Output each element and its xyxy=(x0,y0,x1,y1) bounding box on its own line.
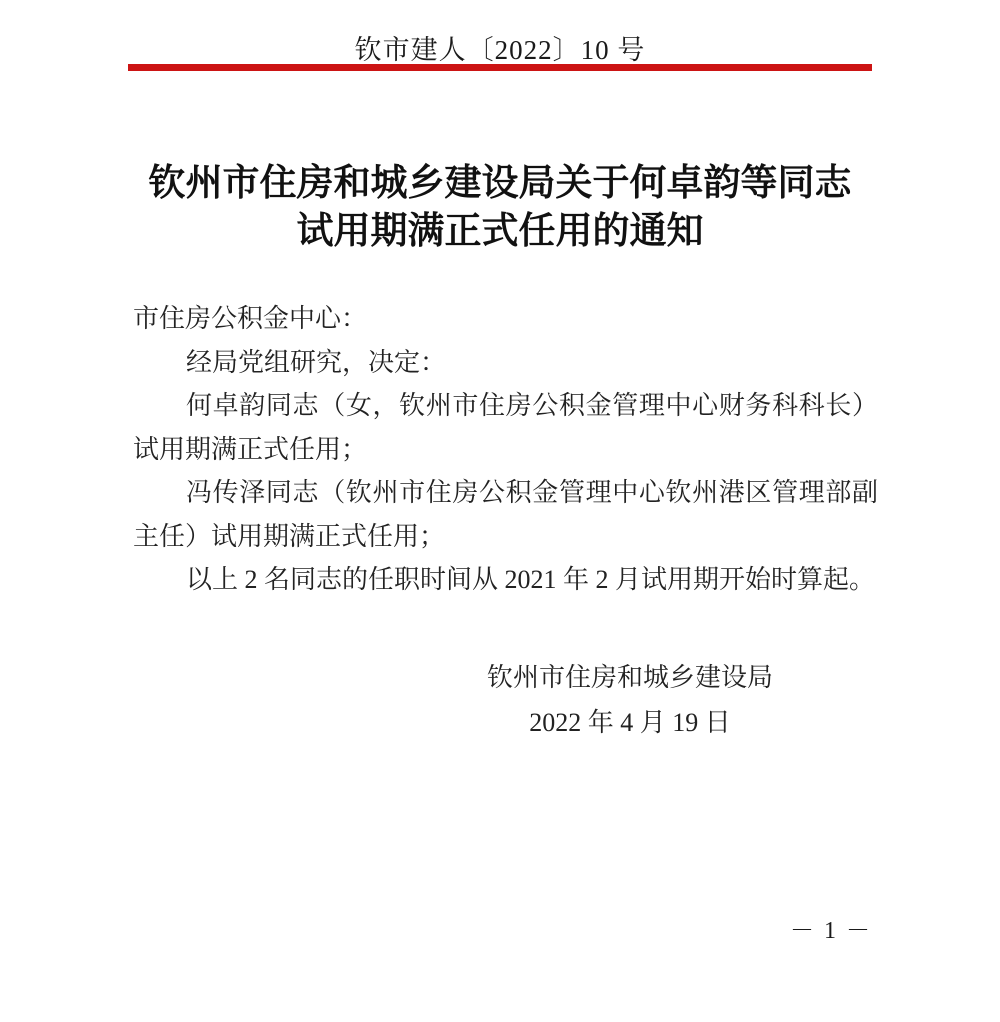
signature-block: 钦州市住房和城乡建设局 2022 年 4 月 19 日 xyxy=(470,655,790,745)
document-page: 钦市建人〔2022〕10 号 钦州市住房和城乡建设局关于何卓韵等同志 试用期满正… xyxy=(0,0,1000,1022)
notice-title-line1: 钦州市住房和城乡建设局关于何卓韵等同志 xyxy=(75,160,925,208)
body-paragraph: 冯传泽同志（钦州市住房公积金管理中心钦州港区管理部副主任）试用期满正式任用； xyxy=(133,471,878,558)
notice-title: 钦州市住房和城乡建设局关于何卓韵等同志 试用期满正式任用的通知 xyxy=(75,160,925,256)
page-number: － 1 － xyxy=(790,910,872,945)
signature-org-name: 钦州市住房和城乡建设局 xyxy=(470,655,790,700)
recipient-line: 市住房公积金中心： xyxy=(133,297,878,341)
body-paragraph: 以上 2 名同志的任职时间从 2021 年 2 月试用期开始时算起。 xyxy=(133,558,878,602)
document-number: 钦市建人〔2022〕10 号 xyxy=(0,28,1000,67)
signature-date: 2022 年 4 月 19 日 xyxy=(470,700,790,745)
red-divider-line xyxy=(128,64,872,71)
body-paragraph: 经局党组研究，决定： xyxy=(133,341,878,385)
notice-body: 市住房公积金中心： 经局党组研究，决定： 何卓韵同志（女，钦州市住房公积金管理中… xyxy=(133,297,878,602)
body-paragraph: 何卓韵同志（女，钦州市住房公积金管理中心财务科科长）试用期满正式任用； xyxy=(133,384,878,471)
notice-title-line2: 试用期满正式任用的通知 xyxy=(75,208,925,256)
